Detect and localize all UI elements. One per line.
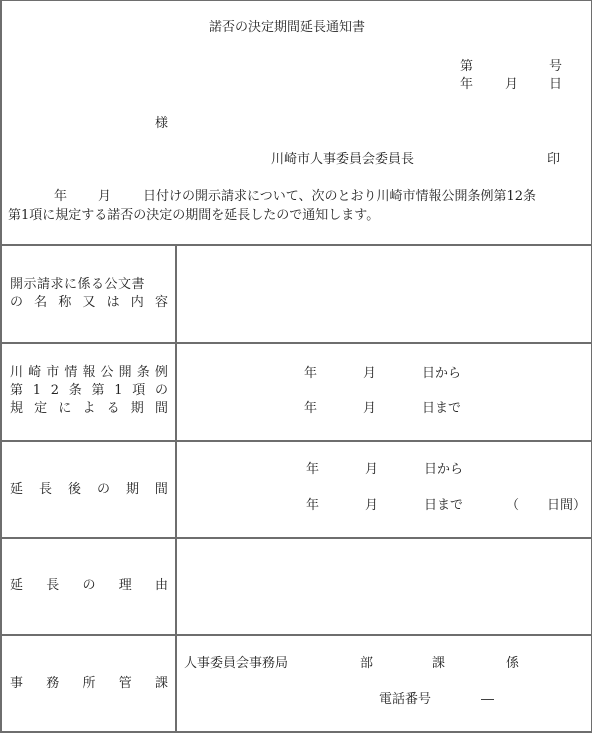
addressee-suffix: 様 [155,116,168,132]
label-line: 川崎市情報公開条例 [10,364,168,382]
extension-reason-field[interactable] [177,539,591,634]
date-day: 日 [549,77,562,93]
label-line: 開示請求に係る公文書 [10,276,168,294]
section-label: 課 [432,656,445,672]
label-line: 事務所管課 [10,675,168,693]
body-year: 年 [54,189,67,205]
number-suffix: 号 [549,59,562,75]
label-line: 第12条第1項の [10,382,168,400]
office-name: 人事委員会事務局 [184,656,288,672]
number-prefix: 第 [460,59,473,75]
document-name-field[interactable] [177,246,591,342]
phone-dash: ― [481,692,494,708]
date-year: 年 [460,77,473,93]
phone-label: 電話番号 [379,692,431,708]
label-line: 規定による期間 [10,400,168,418]
label-line: 延長の理由 [10,577,168,595]
row-divider [0,440,592,442]
body-text-line1: 日付けの開示請求について、次のとおり川崎市情報公開条例第12条 [143,189,536,205]
label-extension-reason: 延長の理由 [10,577,168,595]
label-ordinance-period: 川崎市情報公開条例 第12条第1項の 規定による期間 [10,364,168,418]
body-text-line2: 第1項に規定する諾否の決定の期間を延長したので通知します。 [8,208,379,224]
row-divider [0,342,592,344]
label-extended-period: 延長後の期間 [10,481,168,499]
label-line: の名称又は内容 [10,294,168,312]
body-month: 月 [98,189,111,205]
document-title: 諾否の決定期間延長通知書 [209,20,365,36]
dept-label: 部 [360,656,373,672]
seal-mark: 印 [547,152,560,168]
row-divider [0,634,592,636]
label-document-name: 開示請求に係る公文書 の名称又は内容 [10,276,168,312]
date-month: 月 [505,77,518,93]
sender-name: 川崎市人事委員会委員長 [271,152,414,168]
label-line: 延長後の期間 [10,481,168,499]
label-responsible-section: 事務所管課 [10,675,168,693]
unit-label: 係 [506,656,519,672]
